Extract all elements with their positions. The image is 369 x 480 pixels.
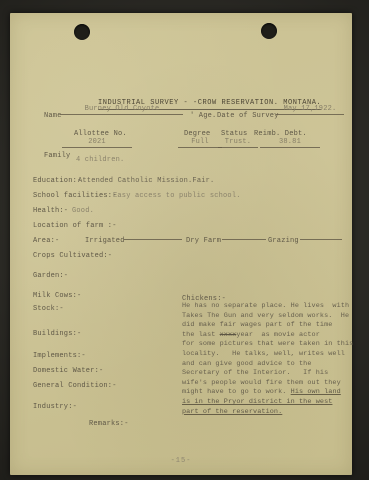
age-label: ' Age. bbox=[190, 112, 216, 120]
date-of-survey-label: Date of Survey bbox=[217, 112, 279, 120]
area-irrigated-label: Irrigated bbox=[85, 237, 125, 245]
crops-cultivated-label: Crops Cultivated:- bbox=[33, 252, 112, 260]
area-dry-farm-blank bbox=[222, 230, 266, 240]
status-header: Status bbox=[221, 130, 247, 138]
stock-label: Stock:- bbox=[33, 305, 64, 313]
date-of-survey-value: May 17,1922. bbox=[276, 105, 344, 115]
punch-hole-right bbox=[261, 23, 277, 39]
degree-value: Full bbox=[178, 138, 222, 148]
punch-hole-left bbox=[74, 24, 90, 40]
milk-cows-label: Milk Cows:- bbox=[33, 292, 81, 300]
family-label: Family bbox=[44, 152, 70, 160]
garden-label: Garden:- bbox=[33, 272, 68, 280]
area-grazing-label: Grazing bbox=[268, 237, 299, 245]
status-value: Trust. bbox=[218, 138, 258, 148]
name-value: Burney Old Coyote bbox=[61, 105, 183, 115]
allottee-no-value: 2021 bbox=[62, 138, 132, 148]
education-value: Attended Catholic Mission.Fair. bbox=[78, 177, 214, 185]
location-of-farm-label: Location of farm :- bbox=[33, 222, 117, 230]
reimb-debt-header: Reimb. Debt. bbox=[254, 130, 307, 138]
education-label: Education:- bbox=[33, 177, 81, 185]
allottee-no-header: Allottee No. bbox=[74, 130, 127, 138]
stock-notes-struck-word: xxxx bbox=[220, 331, 237, 339]
area-dry-farm-label: Dry Farm bbox=[186, 237, 221, 245]
area-grazing-blank bbox=[300, 230, 342, 240]
health-value: Good. bbox=[72, 207, 94, 215]
stock-notes-part2: year as movie actor for some pictures th… bbox=[182, 331, 353, 397]
name-label: Name bbox=[44, 112, 62, 120]
document-page: INDUSTRIAL SURVEY - -CROW RESERVATION. M… bbox=[10, 13, 352, 475]
remarks-label: Remarks:- bbox=[89, 420, 129, 428]
industry-label: Industry:- bbox=[33, 403, 77, 411]
family-value: 4 children. bbox=[76, 156, 124, 164]
domestic-water-label: Domestic Water:- bbox=[33, 367, 103, 375]
buildings-label: Buildings:- bbox=[33, 330, 81, 338]
school-facilities-value: Easy access to public school. bbox=[113, 192, 241, 200]
implements-label: Implements:- bbox=[33, 352, 86, 360]
reimb-debt-value: 38.81 bbox=[260, 138, 320, 148]
health-label: Health:- bbox=[33, 207, 68, 215]
page-number: -15- bbox=[10, 457, 352, 465]
general-condition-label: General Condition:- bbox=[33, 382, 117, 390]
stock-notes-paragraph: He has no separate place. He lives with … bbox=[182, 302, 356, 417]
area-irrigated-blank bbox=[124, 230, 182, 240]
degree-header: Degree bbox=[184, 130, 210, 138]
school-facilities-label: School facilities:- bbox=[33, 192, 117, 200]
area-label: Area:- bbox=[33, 237, 59, 245]
